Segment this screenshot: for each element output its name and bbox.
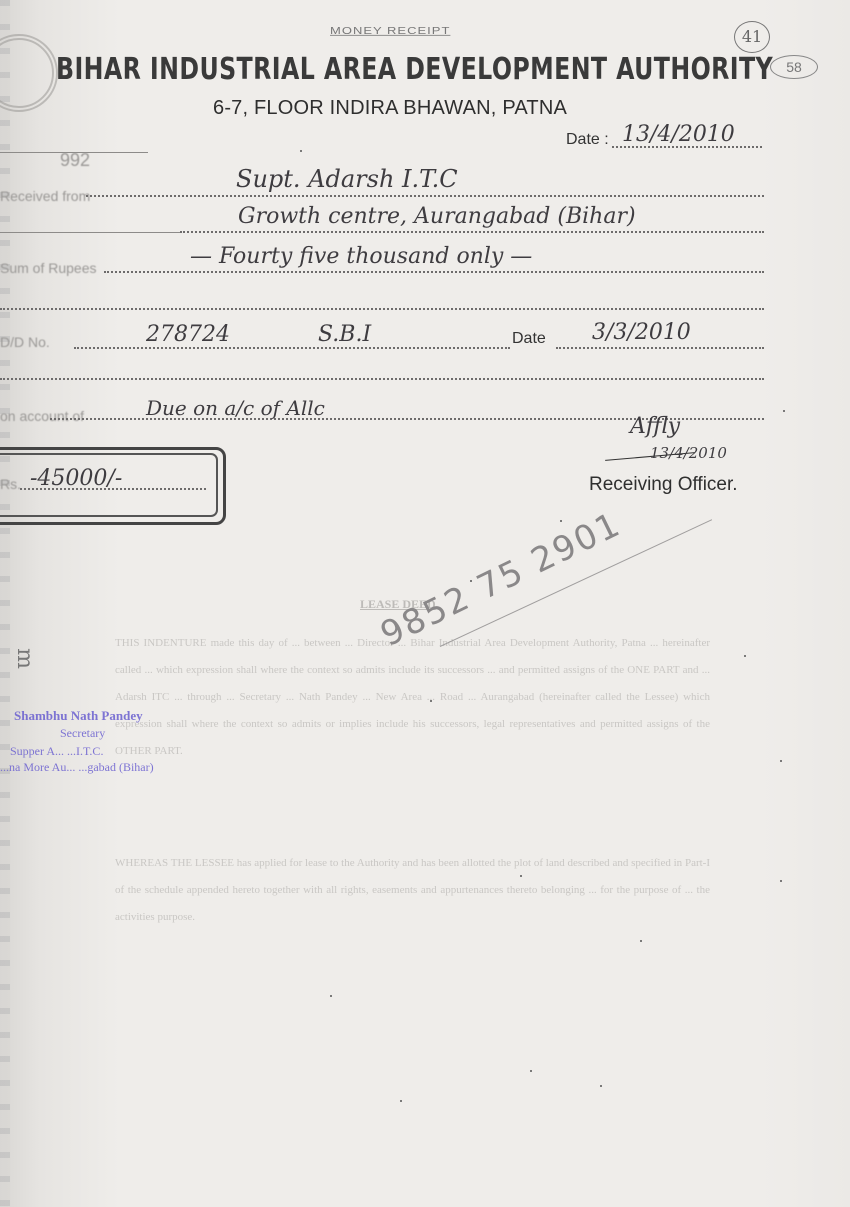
stamp-line-3: Supper A... ...I.T.C. — [10, 744, 103, 759]
received-from-line-1 — [86, 195, 764, 197]
amount-value: -45000/- — [30, 466, 122, 491]
dd-number-label: D/D No. — [0, 334, 50, 350]
dd-date-line — [556, 347, 764, 349]
stamp-name: Shambhu Nath Pandey — [14, 708, 143, 724]
oval-margin-mark: 58 — [770, 55, 818, 79]
scan-speck — [560, 520, 562, 522]
scan-speck — [470, 580, 472, 582]
received-from-value-2: Growth centre, Aurangabad (Bihar) — [238, 204, 636, 229]
scan-speck — [300, 150, 302, 152]
account-label: on account of — [0, 408, 84, 424]
received-from-label: Received from — [0, 188, 90, 204]
amount-label: Rs. — [0, 476, 21, 492]
dd-number-line — [74, 347, 510, 349]
page-binding-edge — [0, 0, 10, 1207]
bleed-through-paragraph-1: THIS INDENTURE made this day of ... betw… — [115, 630, 710, 765]
stamp-title: Secretary — [60, 726, 105, 741]
scan-speck — [430, 700, 432, 702]
officer-signature: Affly — [630, 414, 680, 439]
rupees-line-2 — [0, 308, 764, 310]
circled-page-number: 41 — [734, 21, 770, 53]
account-value: Due on a/c of Allc — [146, 396, 325, 420]
rupees-line — [104, 271, 764, 273]
received-from-value-1: Supt. Adarsh I.T.C — [236, 165, 458, 193]
received-from-line-2 — [180, 231, 764, 233]
received-from-line-2-solid — [0, 232, 180, 233]
emblem-icon — [0, 34, 58, 112]
scan-speck — [780, 760, 782, 762]
scan-speck — [520, 875, 522, 877]
signature-date: 13/4/2010 — [650, 444, 727, 462]
organization-address: 6-7, FLOOR INDIRA BHAWAN, PATNA — [213, 97, 567, 120]
margin-initial-mark: m — [12, 648, 37, 669]
scan-speck — [530, 1070, 532, 1072]
scan-speck — [783, 410, 785, 412]
scan-speck — [744, 655, 746, 657]
bleed-through-paragraph-2: WHEREAS THE LESSEE has applied for lease… — [115, 850, 710, 931]
receiving-officer-label: Receiving Officer. — [589, 474, 738, 496]
scan-speck — [330, 995, 332, 997]
scan-speck — [780, 880, 782, 882]
rupees-value: — Fourty five thousand only — — [190, 244, 532, 269]
scan-speck — [600, 1085, 602, 1087]
scan-speck — [640, 940, 642, 942]
stamp-line-4: ...na More Au... ...gabad (Bihar) — [0, 760, 154, 775]
scan-speck — [400, 1100, 402, 1102]
receipt-number: 992 — [60, 150, 90, 171]
dd-date-value: 3/3/2010 — [592, 320, 691, 345]
receipt-heading: MONEY RECEIPT — [330, 25, 450, 37]
dd-number-value: 278724 — [146, 322, 230, 347]
blank-line — [0, 378, 764, 380]
date-value: 13/4/2010 — [622, 122, 735, 147]
date-label: Date : — [566, 131, 609, 149]
receipt-page: MONEY RECEIPT 41 58 BIHAR INDUSTRIAL ARE… — [0, 0, 850, 1207]
dd-date-label: Date — [512, 330, 546, 348]
rupees-label: Sum of Rupees — [0, 260, 97, 276]
organization-name: BIHAR INDUSTRIAL AREA DEVELOPMENT AUTHOR… — [56, 52, 773, 87]
dd-bank-value: S.B.I — [318, 322, 371, 347]
